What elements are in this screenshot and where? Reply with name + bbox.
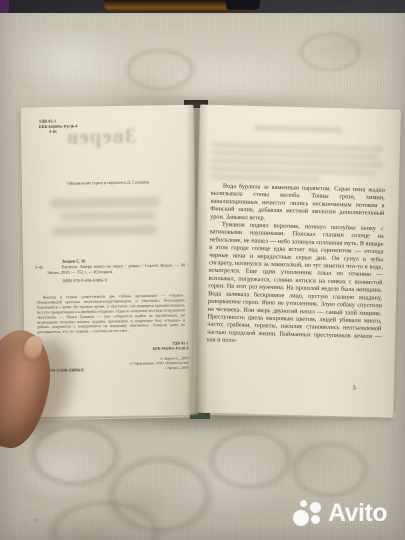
showthrough-text-bar [211, 151, 379, 159]
showthrough-text-bar [60, 211, 155, 220]
right-page: Вода бурлила за каменным парапетом. Сера… [192, 104, 401, 417]
udk-footer-block: УДК 82-1 ББК 84(2Рос-Рус)6-4 [114, 341, 188, 352]
catalog-entry: Бастион. Завтра никто не умрет : роман /… [47, 262, 189, 275]
page-number: 5 [353, 385, 356, 392]
design-credit-line: Оформление серии и переплета Д. Сазонова [22, 179, 195, 187]
catalog-card: Зверев С. Н. З-43 Бастион. Завтра никто … [47, 257, 189, 284]
body-text: Вода бурлила за каменным парапетом. Сера… [207, 182, 385, 348]
annotation-text: Некогда в стране существовали две тайные… [37, 293, 186, 335]
isbn-catalog: ISBN 978-5-699-43896-9 [62, 276, 189, 283]
paragraph: Вода бурлила за каменным парапетом. Сера… [210, 182, 385, 225]
photo-of-open-book: УДК 82-1 ББК 84(2Рос-Рус)6-4 З-43 Зверев… [0, 0, 405, 540]
showthrough-text-bar [210, 175, 320, 181]
bbk-footer-line: ББК 84(2Рос-Рус)6-4 [114, 346, 188, 352]
showthrough-text-bar [210, 167, 376, 175]
catalog-index: З-43 [35, 264, 43, 270]
avito-watermark: Avito [293, 494, 387, 532]
book-spine-shadow [186, 102, 208, 418]
avito-watermark-text: Avito [328, 499, 387, 528]
showthrough-text-bar [211, 143, 383, 151]
showthrough-text-bar [52, 225, 157, 236]
showthrough-running-header [254, 126, 342, 132]
paragraph: Туманов поднял воротник, натянул поглубж… [207, 220, 384, 348]
avito-logo-icon [293, 498, 323, 528]
showthrough-author-name: Зверев [46, 123, 156, 150]
catalog-row: З-43 Бастион. Завтра никто не умрет : ро… [47, 262, 189, 275]
showthrough-text-bar [50, 197, 160, 208]
showthrough-text-bar [211, 159, 384, 167]
